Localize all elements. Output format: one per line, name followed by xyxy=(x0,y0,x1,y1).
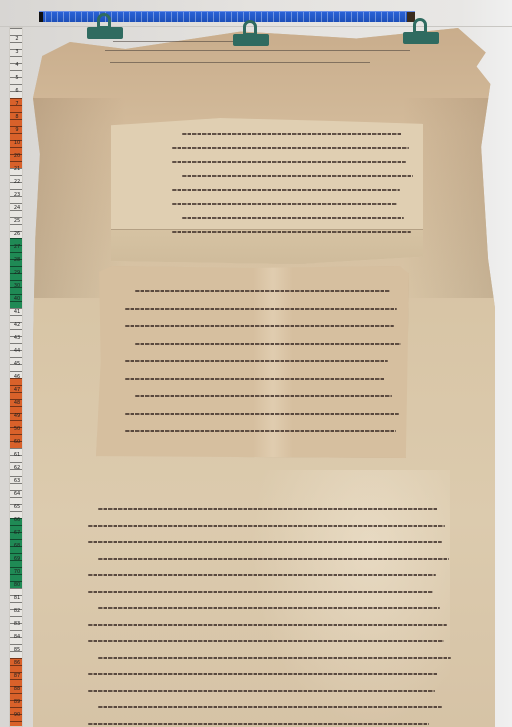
ruler-label: 27 xyxy=(11,244,23,250)
script-line xyxy=(125,413,399,415)
ruler-label: 22 xyxy=(11,179,23,185)
script-line xyxy=(88,723,429,725)
vertical-measuring-tape: 2345678910202122232425262728293040414243… xyxy=(9,27,23,727)
script-line xyxy=(135,290,390,292)
script-line xyxy=(125,308,397,310)
ruler-label: 85 xyxy=(11,647,23,653)
script-line xyxy=(172,161,406,163)
annotation-line xyxy=(113,41,233,42)
ruler-label: 60 xyxy=(11,439,23,445)
ruler-label: 61 xyxy=(11,452,23,458)
ruler-label: 89 xyxy=(11,699,23,705)
ruler-ticks xyxy=(39,12,415,22)
ruler-label: 29 xyxy=(11,270,23,276)
ruler-label: 21 xyxy=(11,166,23,172)
script-line xyxy=(125,325,394,327)
annotation-line xyxy=(110,62,370,63)
script-line xyxy=(88,690,435,692)
ruler-label: 8 xyxy=(11,114,23,120)
binder-clip-icon xyxy=(233,34,269,46)
script-line xyxy=(88,673,438,675)
ruler-label: 26 xyxy=(11,231,23,237)
ruler-label: 5 xyxy=(11,75,23,81)
ruler-label: 65 xyxy=(11,504,23,510)
script-line xyxy=(98,508,438,510)
script-line xyxy=(125,360,388,362)
script-line xyxy=(88,525,445,527)
binder-clip-icon xyxy=(403,32,439,44)
ruler-label: 41 xyxy=(11,309,23,315)
script-line xyxy=(88,591,433,593)
ruler-label: 80 xyxy=(11,582,23,588)
ruler-label: 49 xyxy=(11,413,23,419)
ruler-label: 4 xyxy=(11,62,23,68)
script-line xyxy=(125,430,396,432)
ruler-label: 23 xyxy=(11,192,23,198)
script-line xyxy=(98,558,449,560)
ruler-label: 69 xyxy=(11,556,23,562)
ruler-label: 68 xyxy=(11,543,23,549)
script-line xyxy=(172,189,400,191)
script-line xyxy=(88,624,447,626)
script-line xyxy=(88,574,436,576)
script-line xyxy=(135,343,401,345)
script-line xyxy=(88,640,444,642)
ruler-label: 47 xyxy=(11,387,23,393)
ruler-label: 44 xyxy=(11,348,23,354)
ruler-label: 62 xyxy=(11,465,23,471)
script-line xyxy=(98,706,442,708)
ruler-label: 63 xyxy=(11,478,23,484)
script-line xyxy=(135,395,392,397)
script-line xyxy=(172,203,397,205)
ruler-label: 87 xyxy=(11,673,23,679)
ruler-label: 81 xyxy=(11,595,23,601)
ruler-label: 48 xyxy=(11,400,23,406)
script-line xyxy=(98,657,451,659)
ruler-label: 10 xyxy=(11,140,23,146)
ruler-label: 24 xyxy=(11,205,23,211)
script-line xyxy=(182,175,413,177)
binder-clip-icon xyxy=(87,27,123,39)
ruler-label: 46 xyxy=(11,374,23,380)
ruler-label: 9 xyxy=(11,127,23,133)
ruler-label: 43 xyxy=(11,335,23,341)
ruler-end-cap xyxy=(39,12,43,22)
ruler-label: 82 xyxy=(11,608,23,614)
ruler-label: 45 xyxy=(11,361,23,367)
ruler-label: 42 xyxy=(11,322,23,328)
script-line xyxy=(182,217,404,219)
ruler-label: 2 xyxy=(11,36,23,42)
ruler-label: 20 xyxy=(11,153,23,159)
ruler-label: 3 xyxy=(11,49,23,55)
ruler-label: 28 xyxy=(11,257,23,263)
ruler-label: 50 xyxy=(11,426,23,432)
annotation-line xyxy=(105,50,410,51)
ruler-label: 6 xyxy=(11,88,23,94)
ruler-label: 84 xyxy=(11,634,23,640)
ruler-label: 88 xyxy=(11,686,23,692)
ruler-label: 7 xyxy=(11,101,23,107)
script-line xyxy=(125,378,385,380)
script-line xyxy=(88,541,442,543)
script-line xyxy=(172,231,411,233)
ruler-label: 40 xyxy=(11,296,23,302)
ruler-label: 30 xyxy=(11,283,23,289)
ruler-label: 86 xyxy=(11,660,23,666)
ruler-label: 83 xyxy=(11,621,23,627)
ruler-label: 66 xyxy=(11,517,23,523)
script-line xyxy=(98,607,440,609)
horizontal-ruler xyxy=(39,11,415,22)
script-line xyxy=(172,147,409,149)
ruler-label: 25 xyxy=(11,218,23,224)
script-line xyxy=(182,133,402,135)
ruler-label: 70 xyxy=(11,569,23,575)
ruler-label: 67 xyxy=(11,530,23,536)
ruler-label: 64 xyxy=(11,491,23,497)
upper-folded-letter xyxy=(111,118,423,264)
ruler-label: 90 xyxy=(11,712,23,718)
